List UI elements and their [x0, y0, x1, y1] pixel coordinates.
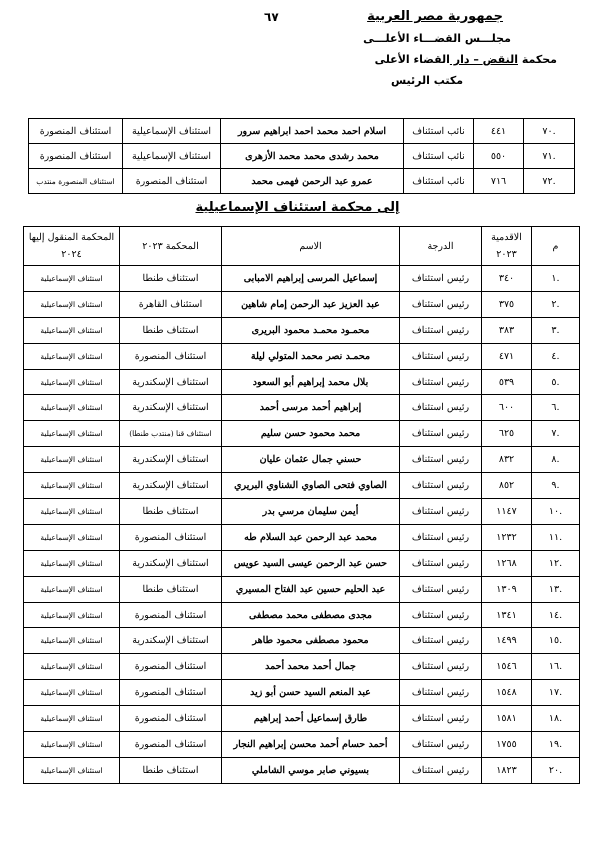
table-row: .١٣٤٠رئيس استئنافإسماعيل المرسى إبراهيم …	[24, 266, 580, 292]
cell-grade: رئيس استئناف	[400, 343, 482, 369]
cell-grade: نائب استئناف	[404, 144, 474, 169]
cell-court-2023: استئناف قنا (منتدب طنطا)	[120, 421, 222, 447]
cell-seniority: ١٧٥٥	[482, 732, 532, 758]
cell-name: بسيوني صابر موسي الشاملي	[222, 757, 400, 783]
table-row: .٦٦٠٠رئيس استئنافإبراهيم أحمد مرسى أحمدا…	[24, 395, 580, 421]
page-number: ٦٧	[264, 10, 279, 24]
table-row: .١٠١١٤٧رئيس استئنافأيمن سليمان مرسي بدرا…	[24, 499, 580, 525]
table-row: .١٤١٣٤١رئيس استئنافمجدى مصطفى محمد مصطفى…	[24, 602, 580, 628]
cell-seniority: ٣٤٠	[482, 266, 532, 292]
court-prefix: محكمة	[518, 53, 557, 66]
cell-court-2024: استئناف الإسماعيلية	[24, 369, 120, 395]
cell-name: اسلام احمد محمد احمد ابراهيم سرور	[221, 119, 404, 144]
letterhead-council: مجلـــس القضـــاء الأعلـــى	[307, 32, 547, 45]
header-court-2024-label: المحكمة المنقول إليها	[29, 232, 114, 243]
cell-index: .١	[532, 266, 580, 292]
cell-court-2023: استئناف طنطا	[120, 499, 222, 525]
cell-index: .٨	[532, 447, 580, 473]
cell-grade: رئيس استئناف	[400, 317, 482, 343]
table-row: .٤٤٧١رئيس استئنافمحمـد نصر محمد المتولي …	[24, 343, 580, 369]
cell-court-2023: استئناف الإسماعيلية	[123, 144, 221, 169]
cell-name: عبد العزيز عبد الرحمن إمام شاهين	[222, 291, 400, 317]
table-row: .٢٣٧٥رئيس استئنافعبد العزيز عبد الرحمن إ…	[24, 291, 580, 317]
cell-index: .١٦	[532, 654, 580, 680]
table-row: .٢٠١٨٢٣رئيس استئنافبسيوني صابر موسي الشا…	[24, 757, 580, 783]
header-index: م	[532, 227, 580, 266]
cell-court-2023: استئناف المنصورة	[120, 732, 222, 758]
cell-seniority: ٨٥٢	[482, 473, 532, 499]
cell-name: جمال أحمد محمد أحمد	[222, 654, 400, 680]
cell-name: إبراهيم أحمد مرسى أحمد	[222, 395, 400, 421]
cell-court-2024: استئناف الإسماعيلية	[24, 524, 120, 550]
cell-index: .١٠	[532, 499, 580, 525]
table-header-row: م الاقدمية٢٠٢٣ الدرجة الاسم المحكمة ٢٠٢٣…	[24, 227, 580, 266]
cell-name: محمد محمود حسن سليم	[222, 421, 400, 447]
cell-court-2024: استئناف الإسماعيلية	[24, 343, 120, 369]
cell-court-2023: استئناف طنطا	[120, 757, 222, 783]
cell-index: .١٥	[532, 628, 580, 654]
cell-grade: رئيس استئناف	[400, 550, 482, 576]
cell-grade: رئيس استئناف	[400, 732, 482, 758]
cell-name: إسماعيل المرسى إبراهيم الامبابى	[222, 266, 400, 292]
cell-seniority: ٨٣٢	[482, 447, 532, 473]
cell-grade: رئيس استئناف	[400, 680, 482, 706]
cell-name: أحمد حسام أحمد محسن إبراهيم النجار	[222, 732, 400, 758]
header-court-2023: المحكمة ٢٠٢٣	[120, 227, 222, 266]
cell-name: حسن عبد الرحمن عيسى السيد عويس	[222, 550, 400, 576]
cell-court-2024: استئناف الإسماعيلية	[24, 473, 120, 499]
table-row: .١٥١٤٩٩رئيس استئنافمحمود مصطفى محمود طاه…	[24, 628, 580, 654]
cell-court-2023: استئناف الإسكندرية	[120, 550, 222, 576]
cell-name: عمرو عبد الرحمن فهمى محمد	[221, 169, 404, 194]
continuation-table: .٧٠٤٤١نائب استئنافاسلام احمد محمد احمد ا…	[28, 118, 575, 194]
cell-grade: رئيس استئناف	[400, 602, 482, 628]
cell-court-2024: استئناف الإسماعيلية	[24, 706, 120, 732]
cell-index: .٢٠	[532, 757, 580, 783]
transfer-table: م الاقدمية٢٠٢٣ الدرجة الاسم المحكمة ٢٠٢٣…	[23, 226, 580, 784]
cell-court-2023: استئناف المنصورة	[120, 524, 222, 550]
cell-court-2024: استئناف الإسماعيلية	[24, 654, 120, 680]
cell-index: .١١	[532, 524, 580, 550]
cell-name: أيمن سليمان مرسي بدر	[222, 499, 400, 525]
cell-grade: رئيس استئناف	[400, 473, 482, 499]
cell-court-2024: استئناف الإسماعيلية	[24, 757, 120, 783]
cell-name: محمـود محمـد محمود البريرى	[222, 317, 400, 343]
cell-court-2024: استئناف المنصورة منتدب	[29, 169, 123, 194]
cell-grade: رئيس استئناف	[400, 706, 482, 732]
cell-index: .٥	[532, 369, 580, 395]
cell-seniority: ٥٥٠	[474, 144, 524, 169]
table-row: .٧٦٢٥رئيس استئنافمحمد محمود حسن سليماستئ…	[24, 421, 580, 447]
cell-seniority: ١٥٨١	[482, 706, 532, 732]
cell-court-2024: استئناف الإسماعيلية	[24, 317, 120, 343]
cell-court-2024: استئناف الإسماعيلية	[24, 550, 120, 576]
cell-court-2024: استئناف المنصورة	[29, 119, 123, 144]
cell-index: .٧٢	[524, 169, 575, 194]
cell-name: الصاوي فتحى الصاوي الشناوي البريري	[222, 473, 400, 499]
cell-court-2023: استئناف طنطا	[120, 266, 222, 292]
cell-grade: رئيس استئناف	[400, 576, 482, 602]
cell-grade: نائب استئناف	[404, 169, 474, 194]
cell-name: بلال محمد إبراهيم أبو السعود	[222, 369, 400, 395]
transfer-table-body: .١٣٤٠رئيس استئنافإسماعيل المرسى إبراهيم …	[24, 266, 580, 784]
cell-court-2023: استئناف الإسكندرية	[120, 473, 222, 499]
cell-court-2023: استئناف المنصورة	[120, 343, 222, 369]
cell-seniority: ٤٧١	[482, 343, 532, 369]
cell-name: محمود مصطفى محمود طاهر	[222, 628, 400, 654]
cell-grade: رئيس استئناف	[400, 628, 482, 654]
table-row: .٧٠٤٤١نائب استئنافاسلام احمد محمد احمد ا…	[29, 119, 575, 144]
cell-seniority: ٦٠٠	[482, 395, 532, 421]
cell-seniority: ٦٢٥	[482, 421, 532, 447]
cell-index: .٧١	[524, 144, 575, 169]
cell-index: .١٢	[532, 550, 580, 576]
cell-seniority: ١٥٤٨	[482, 680, 532, 706]
letterhead-country: جمهورية مصر العربية	[307, 9, 547, 24]
table-row: .١١١٢٣٢رئيس استئنافمحمد عبد الرحمن عبد ا…	[24, 524, 580, 550]
cell-seniority: ٥٣٩	[482, 369, 532, 395]
cell-court-2023: استئناف الإسكندرية	[120, 395, 222, 421]
cell-index: .١٣	[532, 576, 580, 602]
table-row: .٨٨٣٢رئيس استئنافحسني جمال عثمان علياناس…	[24, 447, 580, 473]
cell-court-2024: استئناف الإسماعيلية	[24, 499, 120, 525]
cell-name: محمد رشدى محمد محمد الأزهرى	[221, 144, 404, 169]
cell-court-2023: استئناف المنصورة	[123, 169, 221, 194]
cell-grade: رئيس استئناف	[400, 266, 482, 292]
cell-court-2023: استئناف الإسماعيلية	[123, 119, 221, 144]
cell-name: عبد الحليم حسين عبد الفتاح المسيري	[222, 576, 400, 602]
cell-grade: رئيس استئناف	[400, 524, 482, 550]
header-court-2024: المحكمة المنقول إليها٢٠٢٤	[24, 227, 120, 266]
table-row: .١٣١٣٠٩رئيس استئنافعبد الحليم حسين عبد ا…	[24, 576, 580, 602]
table-row: .١٦١٥٤٦رئيس استئنافجمال أحمد محمد أحمداس…	[24, 654, 580, 680]
cell-court-2023: استئناف الإسكندرية	[120, 447, 222, 473]
cell-court-2024: استئناف الإسماعيلية	[24, 291, 120, 317]
cell-seniority: ١٣٠٩	[482, 576, 532, 602]
cell-court-2023: استئناف المنصورة	[120, 680, 222, 706]
court-separator: –	[469, 53, 482, 66]
table-row: .٥٥٣٩رئيس استئنافبلال محمد إبراهيم أبو ا…	[24, 369, 580, 395]
cell-grade: رئيس استئناف	[400, 291, 482, 317]
cell-court-2024: استئناف الإسماعيلية	[24, 395, 120, 421]
cell-name: محمد عبد الرحمن عبد السلام طه	[222, 524, 400, 550]
cell-grade: رئيس استئناف	[400, 499, 482, 525]
cell-name: طارق إسماعيل أحمد إبراهيم	[222, 706, 400, 732]
header-seniority: الاقدمية٢٠٢٣	[482, 227, 532, 266]
letterhead-court: محكمة النقض – دار القضاء الأعلى	[307, 53, 557, 66]
cell-court-2024: استئناف الإسماعيلية	[24, 602, 120, 628]
cell-seniority: ١٢٣٢	[482, 524, 532, 550]
cell-seniority: ٣٨٣	[482, 317, 532, 343]
table-row: .٣٣٨٣رئيس استئنافمحمـود محمـد محمود البر…	[24, 317, 580, 343]
cell-seniority: ١٨٢٣	[482, 757, 532, 783]
header-grade: الدرجة	[400, 227, 482, 266]
court-dar: دار	[450, 53, 470, 66]
cell-court-2023: استئناف طنطا	[120, 576, 222, 602]
cell-name: محمـد نصر محمد المتولي ليلة	[222, 343, 400, 369]
table-row: .١٨١٥٨١رئيس استئنافطارق إسماعيل أحمد إبر…	[24, 706, 580, 732]
header-seniority-label: الاقدمية	[491, 232, 522, 243]
cell-seniority: ١٤٩٩	[482, 628, 532, 654]
cell-seniority: ١٢٦٨	[482, 550, 532, 576]
table-row: .١٢١٢٦٨رئيس استئنافحسن عبد الرحمن عيسى ا…	[24, 550, 580, 576]
table-row: .٩٨٥٢رئيس استئنافالصاوي فتحى الصاوي الشن…	[24, 473, 580, 499]
cell-court-2024: استئناف الإسماعيلية	[24, 447, 120, 473]
court-suffix: القضاء الأعلى	[375, 53, 450, 66]
cell-index: .٣	[532, 317, 580, 343]
cell-index: .٧	[532, 421, 580, 447]
cell-court-2023: استئناف المنصورة	[120, 706, 222, 732]
cell-court-2023: استئناف المنصورة	[120, 654, 222, 680]
cell-grade: رئيس استئناف	[400, 757, 482, 783]
cell-index: .١٤	[532, 602, 580, 628]
table-row: .١٧١٥٤٨رئيس استئنافعبد المنعم السيد حسن …	[24, 680, 580, 706]
cell-court-2024: استئناف الإسماعيلية	[24, 576, 120, 602]
court-name: النقض	[483, 53, 518, 66]
cell-seniority: ١٣٤١	[482, 602, 532, 628]
cell-court-2024: استئناف الإسماعيلية	[24, 680, 120, 706]
cell-grade: رئيس استئناف	[400, 421, 482, 447]
cell-name: عبد المنعم السيد حسن أبو زيد	[222, 680, 400, 706]
cell-grade: نائب استئناف	[404, 119, 474, 144]
letterhead-office: مكتب الرئيس	[307, 74, 547, 87]
cell-court-2024: استئناف الإسماعيلية	[24, 266, 120, 292]
cell-court-2024: استئناف الإسماعيلية	[24, 421, 120, 447]
header-seniority-year: ٢٠٢٣	[496, 249, 516, 260]
cell-index: .٦	[532, 395, 580, 421]
cell-seniority: ٣٧٥	[482, 291, 532, 317]
cell-index: .١٧	[532, 680, 580, 706]
cell-seniority: ١١٤٧	[482, 499, 532, 525]
table-row: .٧٢٧١٦نائب استئنافعمرو عبد الرحمن فهمى م…	[29, 169, 575, 194]
header-court-2024-year: ٢٠٢٤	[61, 249, 81, 260]
cell-index: .٧٠	[524, 119, 575, 144]
cell-court-2023: استئناف الإسكندرية	[120, 369, 222, 395]
cell-seniority: ٤٤١	[474, 119, 524, 144]
header-name: الاسم	[222, 227, 400, 266]
cell-index: .٢	[532, 291, 580, 317]
cell-index: .٩	[532, 473, 580, 499]
cell-index: .٤	[532, 343, 580, 369]
cell-court-2023: استئناف المنصورة	[120, 602, 222, 628]
cell-court-2023: استئناف الإسكندرية	[120, 628, 222, 654]
cell-name: حسني جمال عثمان عليان	[222, 447, 400, 473]
table-row: .٧١٥٥٠نائب استئنافمحمد رشدى محمد محمد ال…	[29, 144, 575, 169]
section-title: إلى محكمة استئناف الإسماعيلية	[0, 200, 595, 215]
cell-court-2024: استئناف الإسماعيلية	[24, 628, 120, 654]
table-row: .١٩١٧٥٥رئيس استئنافأحمد حسام أحمد محسن إ…	[24, 732, 580, 758]
letterhead: جمهورية مصر العربية مجلـــس القضـــاء ال…	[307, 9, 547, 87]
cell-court-2024: استئناف المنصورة	[29, 144, 123, 169]
cell-court-2023: استئناف طنطا	[120, 317, 222, 343]
cell-seniority: ١٥٤٦	[482, 654, 532, 680]
continuation-table-body: .٧٠٤٤١نائب استئنافاسلام احمد محمد احمد ا…	[29, 119, 575, 194]
cell-index: .١٨	[532, 706, 580, 732]
cell-court-2024: استئناف الإسماعيلية	[24, 732, 120, 758]
cell-name: مجدى مصطفى محمد مصطفى	[222, 602, 400, 628]
cell-grade: رئيس استئناف	[400, 447, 482, 473]
cell-grade: رئيس استئناف	[400, 395, 482, 421]
cell-index: .١٩	[532, 732, 580, 758]
cell-court-2023: استئناف القاهرة	[120, 291, 222, 317]
cell-grade: رئيس استئناف	[400, 654, 482, 680]
cell-seniority: ٧١٦	[474, 169, 524, 194]
cell-grade: رئيس استئناف	[400, 369, 482, 395]
